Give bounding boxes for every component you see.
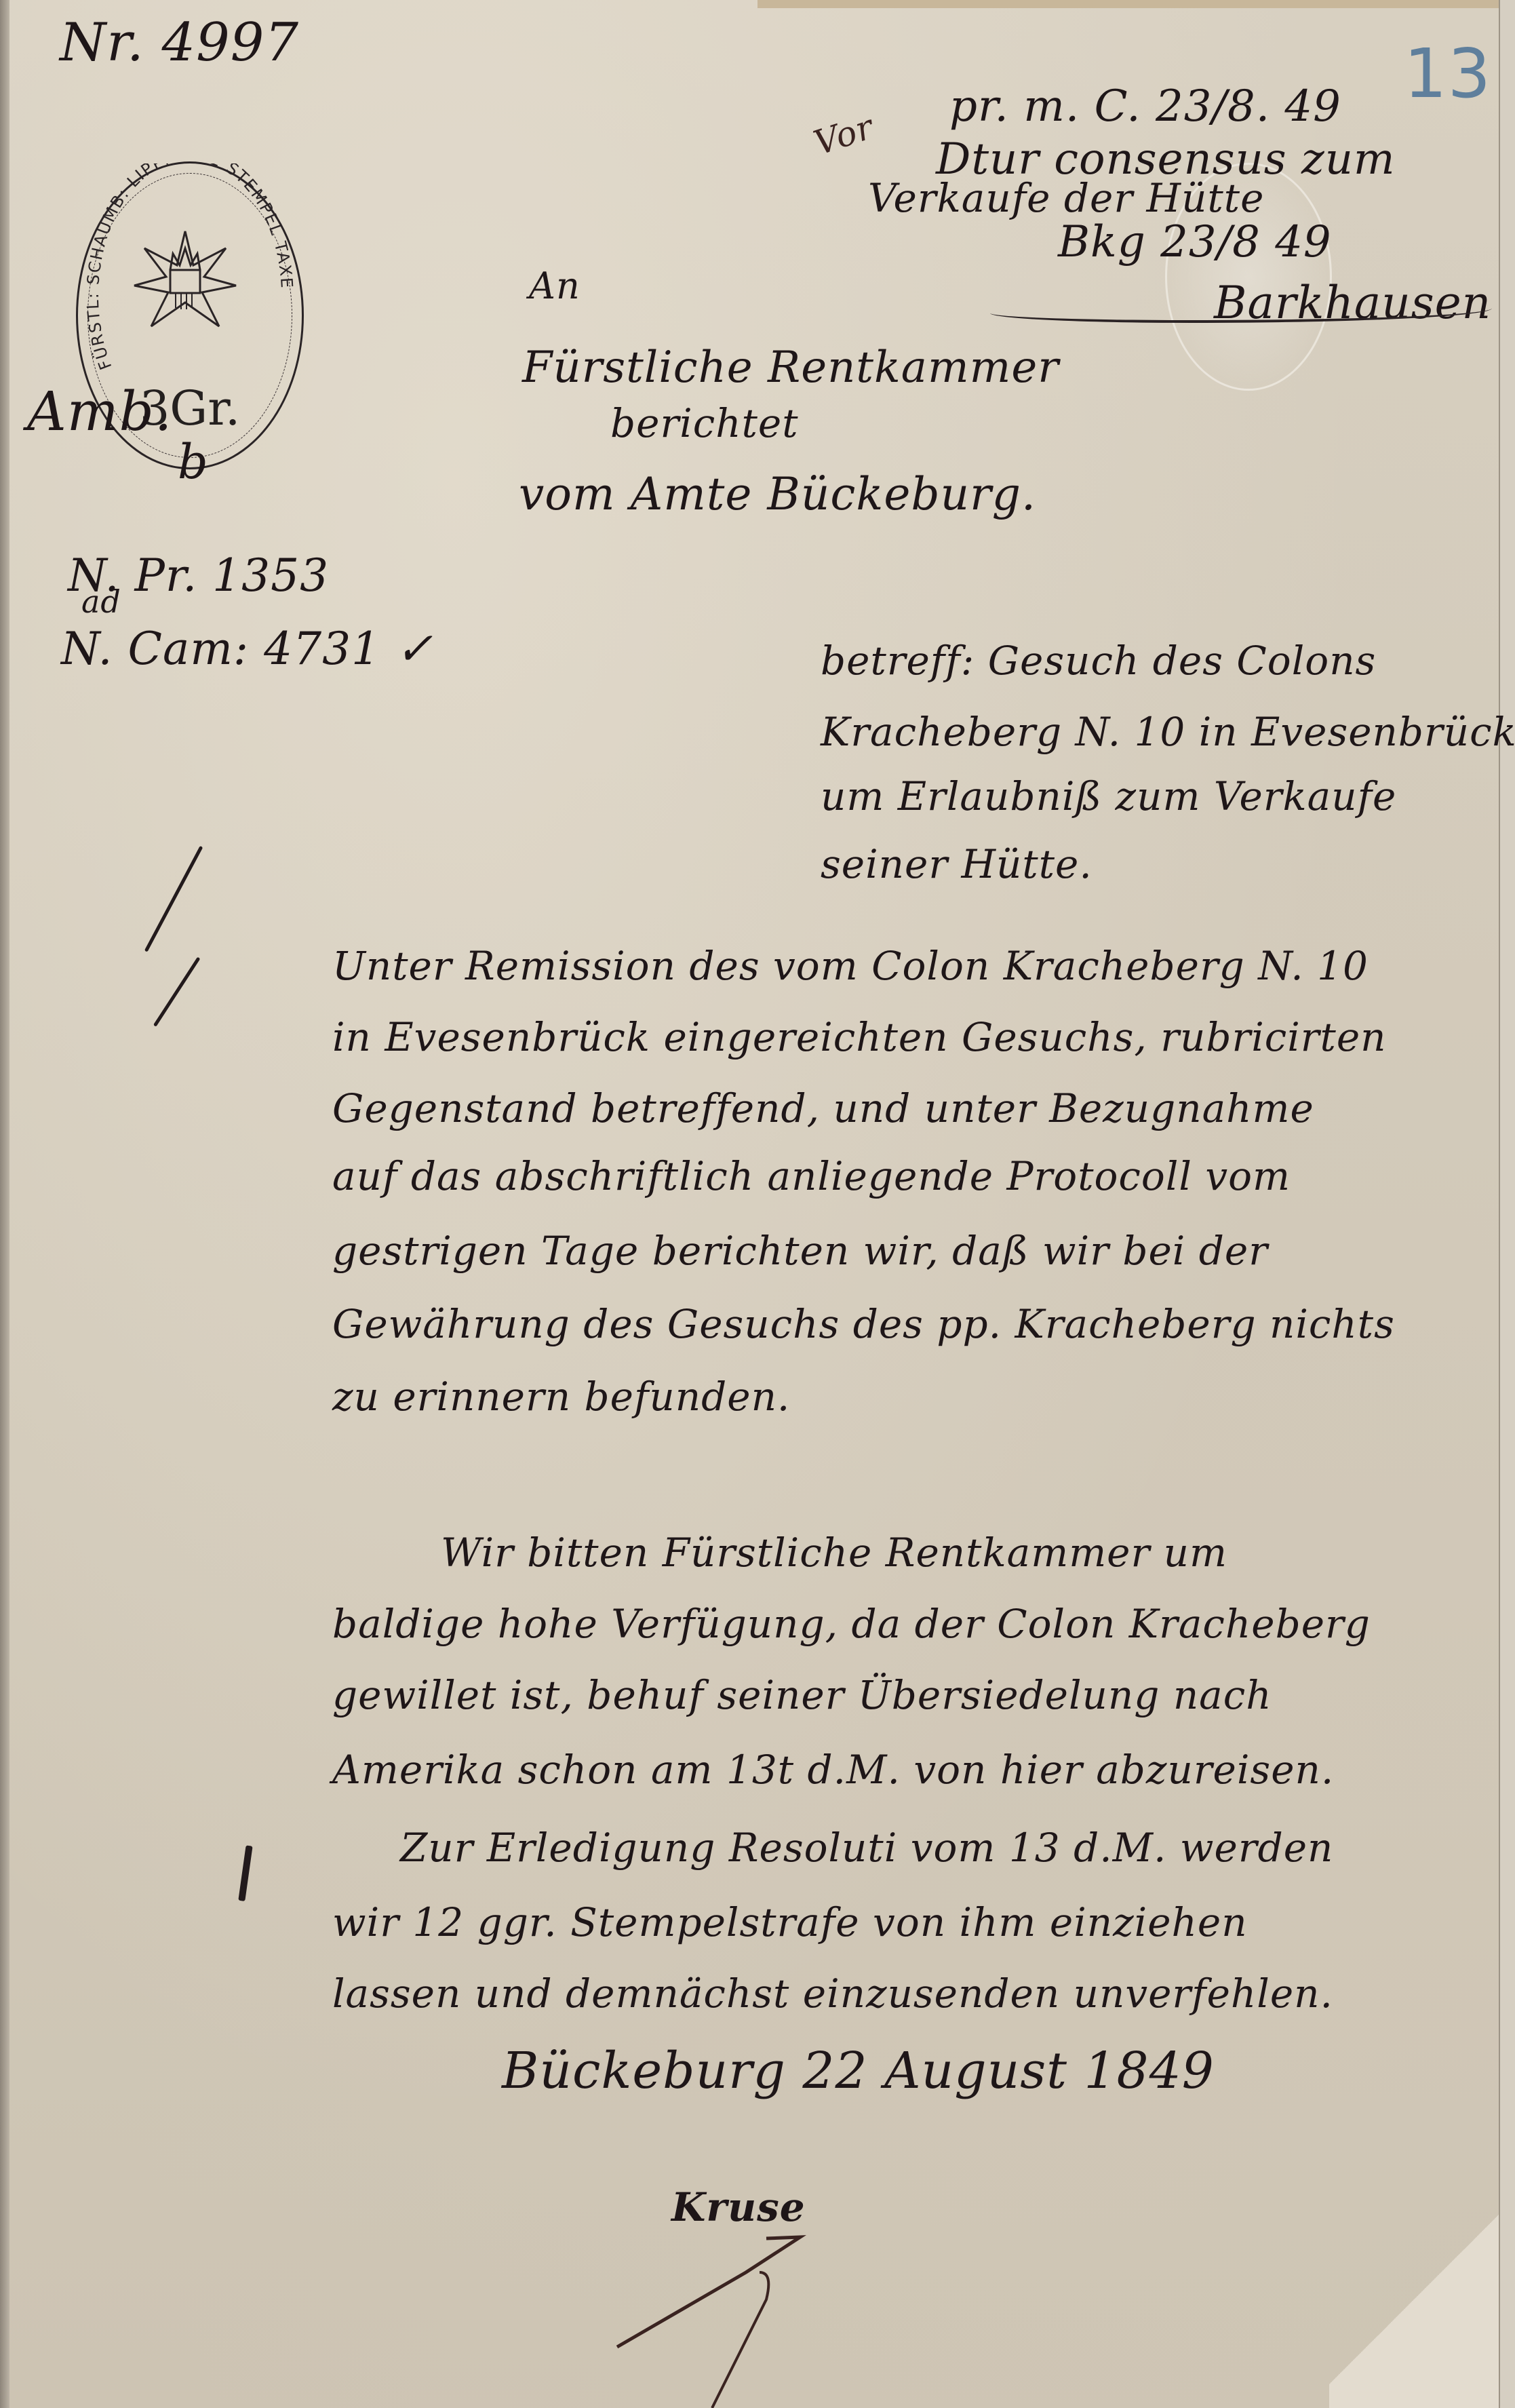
body-line: auf das abschriftlich anliegende Protoco…	[332, 1153, 1291, 1199]
body-line: gestrigen Tage berichten wir, daß wir be…	[332, 1228, 1268, 1274]
body-line: in Evesenbrück eingereichten Gesuchs, ru…	[332, 1014, 1387, 1060]
folio-number: 13	[1404, 34, 1491, 113]
folded-corner	[1329, 2191, 1499, 2408]
body-line: Unter Remission des vom Colon Kracheberg…	[332, 943, 1369, 989]
document-page: Nr. 4997 13 FÜRSTL: SCHAUMB: LIPPISCHE S…	[0, 0, 1515, 2408]
subject-line: seiner Hütte.	[821, 841, 1093, 887]
marginal-prefix: Vor	[809, 107, 878, 163]
register-nr-cam: N. Cam: 4731 ✓	[61, 623, 433, 675]
margin-bracket-mark	[238, 1845, 252, 1901]
addressee-recipient: Fürstliche Rentkammer	[522, 343, 1059, 393]
signature-paraph-icon	[610, 2232, 827, 2408]
subject-line: betreff: Gesuch des Colons	[821, 638, 1376, 684]
document-number: Nr. 4997	[60, 12, 299, 73]
addressee-sender: vom Amte Bückeburg.	[519, 468, 1036, 520]
body-line: Wir bitten Fürstliche Rentkammer um	[441, 1530, 1227, 1576]
addressee-reported: berichtet	[610, 400, 799, 446]
underlying-sheet-edge	[757, 0, 1515, 8]
binding-edge	[0, 0, 9, 2408]
initial-small: b	[178, 434, 209, 490]
body-line: Zur Erledigung Resoluti vom 13 d.M. werd…	[400, 1825, 1333, 1871]
body-line: baldige hohe Verfügung, da der Colon Kra…	[332, 1601, 1371, 1647]
star-crown-emblem-icon	[131, 228, 239, 336]
signature: Kruse	[671, 2184, 806, 2230]
subject-line: um Erlaubniß zum Verkaufe	[821, 773, 1396, 819]
subject-line: Kracheberg N. 10 in Evesenbrück	[821, 709, 1515, 755]
margin-slash-mark	[144, 846, 203, 952]
body-line: Gewährung des Gesuchs des pp. Kracheberg…	[332, 1301, 1395, 1347]
decision-line-2: Verkaufe der Hütte	[868, 175, 1264, 221]
adjacent-page-edge	[1499, 0, 1515, 2408]
body-line: Amerika schon am 13t d.M. von hier abzur…	[332, 1747, 1334, 1793]
addressee-an: An	[529, 265, 581, 307]
body-line: lassen und demnächst einzusenden unverfe…	[332, 1970, 1333, 2017]
receipt-note: pr. m. C. 23/8. 49	[949, 81, 1341, 132]
body-line: wir 12 ggr. Stempelstrafe von ihm einzie…	[332, 1899, 1248, 1945]
place-and-date: Bückeburg 22 August 1849	[502, 2042, 1215, 2100]
body-line: gewillet ist, behuf seiner Übersiedelung…	[332, 1672, 1272, 1718]
decision-date: Bkg 23/8 49	[1058, 217, 1332, 267]
body-line: Gegenstand betreffend, und unter Bezugna…	[332, 1085, 1314, 1131]
body-line: zu erinnern befunden.	[332, 1374, 790, 1420]
register-ad: ad	[81, 583, 121, 620]
initials-left: Amb.	[27, 380, 172, 443]
margin-slash-mark	[153, 956, 201, 1026]
